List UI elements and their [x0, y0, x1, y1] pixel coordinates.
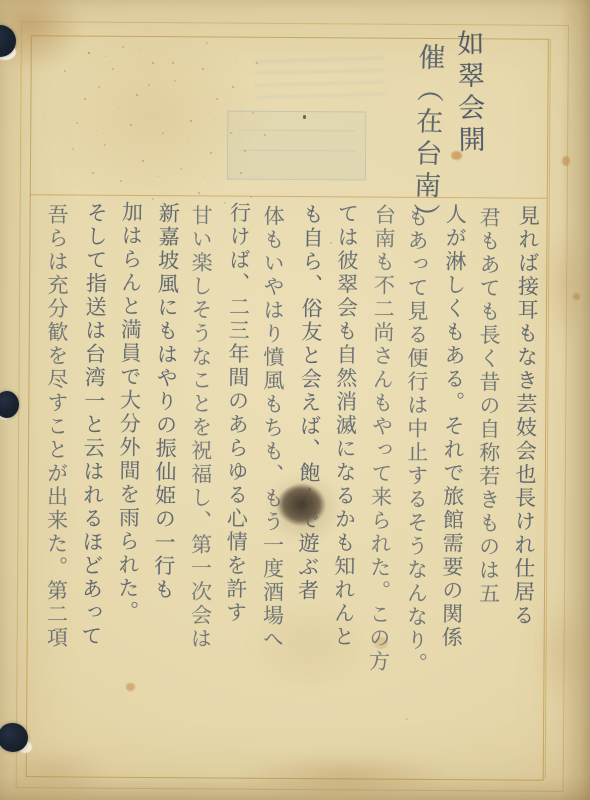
text-column: 人が淋しくもある。それで旅館需要の関係 — [432, 203, 474, 781]
text-column: 見れば接耳もなき芸妓会也長けれ仕居る — [503, 204, 547, 782]
scanned-letter-page: 如翠会開 催（在台南） 見れば接耳もなき芸妓会也長けれ仕居る 君もあても長く昔の… — [0, 0, 590, 800]
text-column: 台南も不二尚さんもやって来られた。この方 — [359, 203, 403, 781]
text-column: 甘い楽しそうなことを祝福し、第一次会は — [182, 204, 219, 782]
text-column: 吾らは充分歓を尽すことが出来た。第二項 — [38, 203, 75, 781]
ghost-stamp-line — [238, 130, 355, 132]
title-column: 催（在台南） — [402, 42, 450, 225]
text-column: 君もあても長く昔の自称若きものは五 — [470, 206, 507, 784]
punch-hole-bottom — [0, 723, 28, 752]
ghost-stamp-line — [238, 150, 355, 152]
text-column: そして指送は台湾一と云はれるほどあって — [71, 201, 115, 779]
sheet-content: 如翠会開 催（在台南） 見れば接耳もなき芸妓会也長けれ仕居る 君もあても長く昔の… — [0, 0, 590, 800]
title-column: 如翠会開 — [446, 29, 491, 212]
ghost-stamp-box — [227, 111, 366, 181]
text-column: 加はらんと満員で大分外間を雨られた。 — [108, 201, 150, 779]
page-title: 如翠会開 催（在台南） — [397, 29, 490, 212]
text-column: 新嘉坡風にもはやりの振仙姫の一行も — [143, 202, 187, 780]
ghost-stamp-smudge — [254, 56, 385, 100]
text-column: 行けば、二三年間のあらゆる心情を許す — [216, 201, 258, 779]
ink-blot-stain — [276, 483, 331, 531]
text-column: もあって見る便行は中止するそうなんなり。 — [398, 206, 435, 784]
